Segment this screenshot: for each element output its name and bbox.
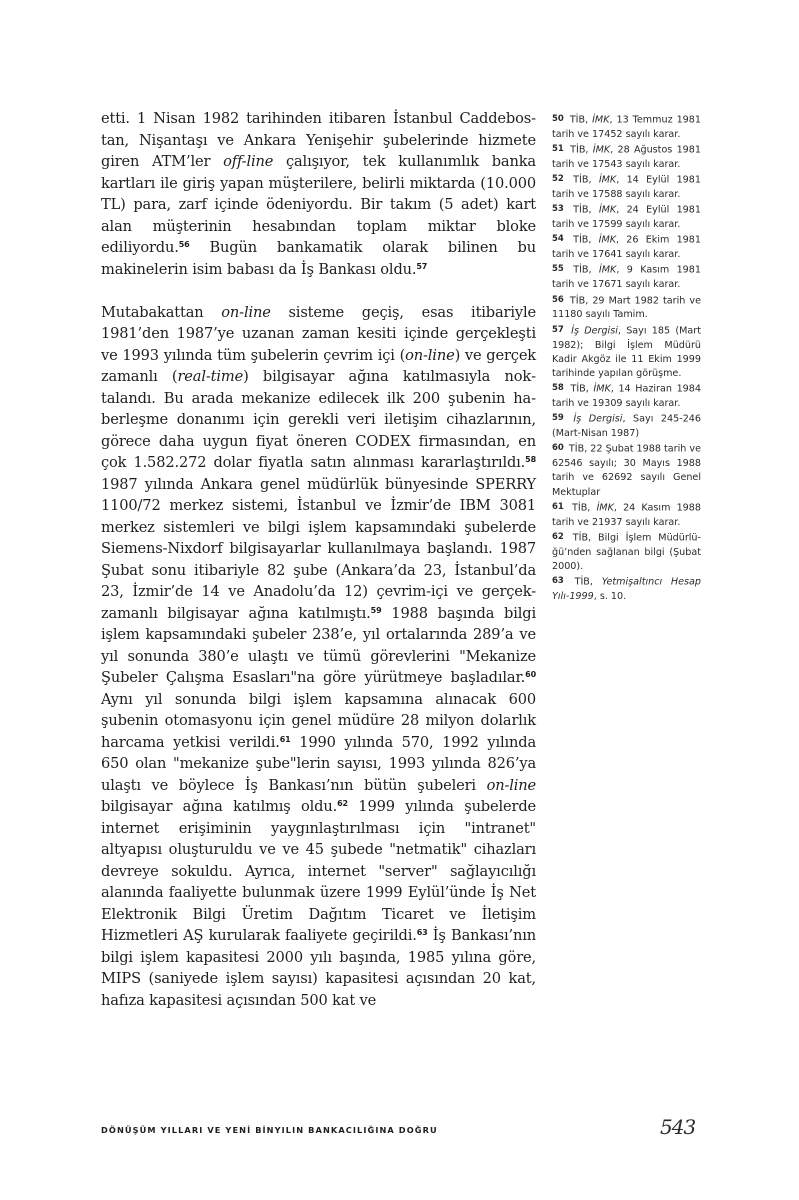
text-run: TİB, [572, 503, 596, 514]
italic-text: off-line [223, 153, 273, 170]
footnote-item: 54 TİB, İMK, 26 Ekim 1981 tarih ve 17641… [552, 232, 701, 262]
italic-text: İMK [599, 265, 616, 276]
footnote-item: 62 TİB, Bilgi İşlem Müdürlü­ğü’nden sağl… [552, 530, 701, 574]
footnote-item: 55 TİB, İMK, 9 Kasım 1981 tarih ve 17671… [552, 262, 701, 292]
text-run: bilgisayar ağına katılmış oldu. [101, 798, 337, 815]
footnote-item: 61 TİB, İMK, 24 Kasım 1988 tarih ve 2193… [552, 500, 701, 530]
footnote-reference: 56 [179, 240, 190, 249]
italic-text: İMK [599, 205, 616, 216]
footnote-number: 52 [552, 174, 564, 184]
footnote-number: 61 [552, 502, 564, 512]
italic-text: İş Dergisi [573, 414, 622, 425]
footnote-item: 53 TİB, İMK, 24 Eylül 1981 tarih ve 1759… [552, 202, 701, 232]
footnote-reference: 59 [371, 606, 382, 615]
running-footer-title: DÖNÜŞÜM YILLARI VE YENİ BİNYILIN BANKACI… [101, 1125, 438, 1135]
footnote-reference: 62 [337, 799, 348, 808]
italic-text: İMK [599, 175, 616, 186]
footnote-reference: 60 [525, 670, 536, 679]
text-run: TİB, [573, 205, 599, 216]
page-number: 543 [660, 1115, 695, 1139]
footnote-number: 62 [552, 532, 564, 542]
text-run: TİB, [575, 577, 602, 588]
footnote-number: 59 [552, 413, 564, 423]
italic-text: İMK [592, 115, 609, 126]
footnote-reference: 63 [417, 928, 428, 937]
footnote-reference: 58 [525, 455, 536, 464]
footnote-number: 50 [552, 114, 564, 124]
italic-text: İMK [593, 145, 610, 156]
text-run: TİB, 22 Şubat 1988 tarih ve 62546 sayılı… [552, 444, 701, 498]
italic-text: real-time [177, 368, 243, 385]
footnote-item: 51 TİB, İMK, 28 Ağustos 1981 tarih ve 17… [552, 142, 701, 172]
text-run: TİB, [573, 235, 599, 246]
footnote-item: 59 İş Dergisi, Sayı 245-246 (Mart-Nisan … [552, 411, 701, 441]
text-run: TİB, Bilgi İşlem Müdürlü­ğü’nden sağlana… [552, 533, 701, 572]
text-run: TİB, [570, 145, 593, 156]
body-paragraph: Mutabakattan on-line sisteme geçiş, esas… [101, 302, 536, 1012]
footnote-item: 57 İş Dergisi, Sayı 185 (Mart 1982); Bil… [552, 323, 701, 382]
text-run: , s. 10. [594, 591, 626, 602]
italic-text: İMK [593, 384, 610, 395]
italic-text: on-line [221, 304, 270, 321]
text-run: TİB, 29 Mart 1982 tarih ve 11180 sayılı … [552, 295, 701, 320]
footnote-number: 63 [552, 576, 564, 586]
italic-text: İş Dergisi [571, 325, 618, 336]
footnote-number: 53 [552, 204, 564, 214]
footnote-number: 58 [552, 383, 564, 393]
text-run: TİB, [573, 265, 599, 276]
text-run: TİB, [573, 175, 599, 186]
footnote-number: 60 [552, 443, 564, 453]
text-run: TİB, [570, 384, 593, 395]
italic-text: on-line [487, 777, 536, 794]
footnote-item: 60 TİB, 22 Şubat 1988 tarih ve 62546 say… [552, 441, 701, 500]
italic-text: İMK [599, 235, 616, 246]
main-text-column: etti. 1 Nisan 1982 tarihinden itibaren İ… [101, 108, 536, 1011]
footnote-item: 56 TİB, 29 Mart 1982 tarih ve 11180 sayı… [552, 293, 701, 323]
text-run: TİB, [570, 115, 592, 126]
footnotes-column: 50 TİB, İMK, 13 Temmuz 1981 tarih ve 174… [552, 112, 701, 604]
footnote-reference: 61 [280, 735, 291, 744]
text-run: 1999 yı­lında şubelerde internet erişimi… [101, 798, 536, 944]
italic-text: on-line [405, 347, 454, 364]
footnote-number: 55 [552, 264, 564, 274]
text-run: 1987 yılında Ankara genel müdürlük bünye… [101, 476, 536, 622]
body-paragraph: etti. 1 Nisan 1982 tarihinden itibaren İ… [101, 108, 536, 280]
footnote-number: 56 [552, 295, 564, 305]
footnote-number: 51 [552, 144, 564, 154]
footnote-item: 50 TİB, İMK, 13 Temmuz 1981 tarih ve 174… [552, 112, 701, 142]
italic-text: İMK [596, 503, 613, 514]
footnote-number: 54 [552, 234, 564, 244]
footnote-item: 58 TİB, İMK, 14 Haziran 1984 tarih ve 19… [552, 381, 701, 411]
text-run: Mutabakattan [101, 304, 221, 321]
footnote-item: 63 TİB, Yetmişaltıncı Hesap Yılı-1999, s… [552, 574, 701, 604]
footnote-number: 57 [552, 325, 564, 335]
footnote-reference: 57 [416, 262, 427, 271]
footnote-item: 52 TİB, İMK, 14 Eylül 1981 tarih ve 1758… [552, 172, 701, 202]
